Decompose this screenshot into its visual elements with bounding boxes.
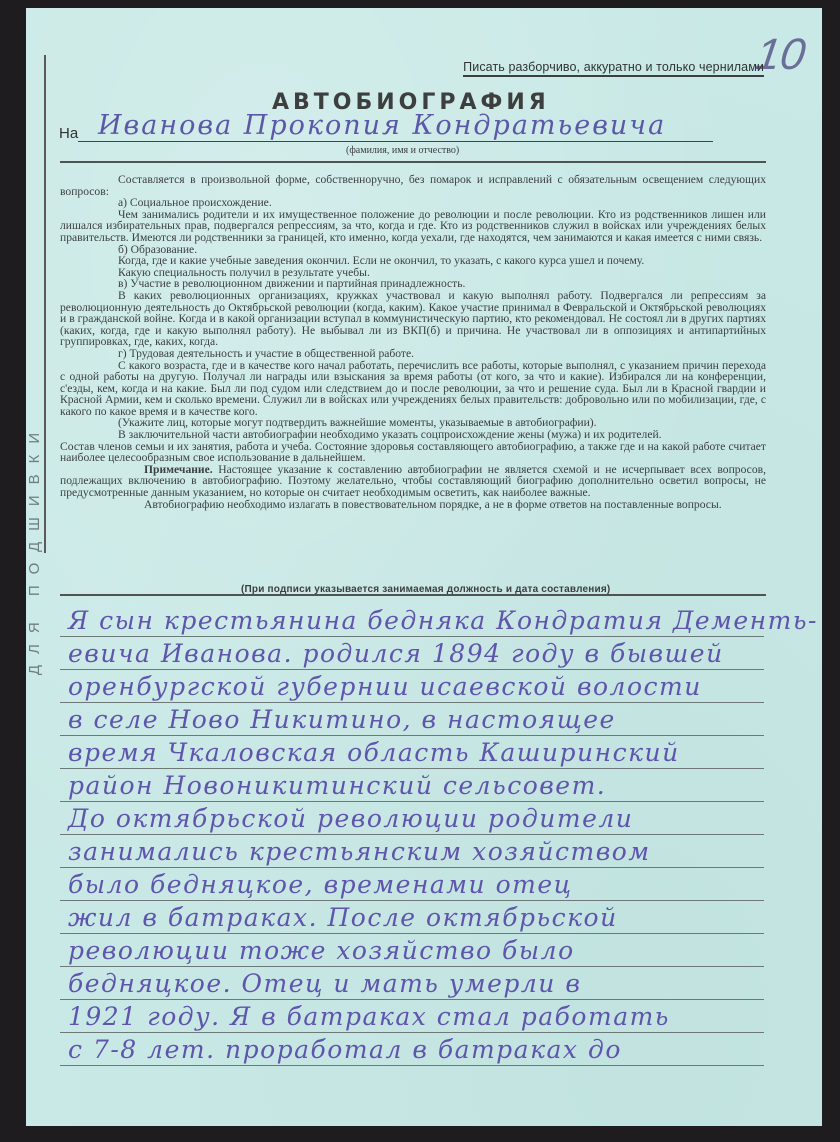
ruled-line: революции тоже хозяйство было <box>60 934 764 967</box>
handwritten-line: район Новоникитинский сельсовет. <box>68 771 606 801</box>
handwritten-line: в селе Ново Никитино, в настоящее <box>68 705 616 735</box>
header-divider <box>60 161 766 163</box>
name-underline <box>78 141 713 142</box>
final-part-1: В заключительной части автобиографии нео… <box>60 429 766 441</box>
note-paragraph: Примечание. Настоящее указание к составл… <box>60 464 766 499</box>
ruled-line: район Новоникитинский сельсовет. <box>60 769 764 802</box>
section-b-text-1: Когда, где и какие учебные заведения око… <box>60 255 766 267</box>
ruled-line: бедняцкое. Отец и мать умерли в <box>60 967 764 1000</box>
signature-divider <box>60 594 766 596</box>
ruled-line: оренбургской губернии исаевской волости <box>60 670 764 703</box>
handwritten-line: занимались крестьянским хозяйством <box>68 837 651 867</box>
section-a-text: Чем занимались родители и их имущественн… <box>60 209 766 244</box>
handwritten-line: 1921 году. Я в батраках стал работать <box>68 1002 670 1032</box>
name-label: На <box>59 125 78 142</box>
handwritten-line: с 7-8 лет. проработал в батраках до <box>68 1035 622 1065</box>
ruled-line: жил в батраках. После октябрьской <box>60 901 764 934</box>
section-g-heading: г) Трудовая деятельность и участие в общ… <box>60 348 766 360</box>
ruled-line: евича Иванова. родился 1894 году в бывше… <box>60 637 764 670</box>
section-g-text: С какого возраста, где и в качестве кого… <box>60 360 766 418</box>
handwritten-line: Я сын крестьянина бедняка Кондратия Деме… <box>68 606 818 636</box>
ruled-line: с 7-8 лет. проработал в батраках до <box>60 1033 764 1066</box>
handwritten-line: жил в батраках. После октябрьской <box>68 903 618 933</box>
handwritten-line: время Чкаловская область Каширинский <box>68 738 680 768</box>
handwritten-line: было бедняцкое, временами отец <box>68 870 573 900</box>
handwritten-line: До октябрьской революции родители <box>68 804 633 834</box>
section-v-text: В каких революционных организациях, круж… <box>60 290 766 348</box>
narrative-instruction: Автобиографию необходимо излагать в пове… <box>60 499 766 511</box>
handwritten-line: евича Иванова. родился 1894 году в бывше… <box>68 639 724 669</box>
name-field-handwritten: Иванова Прокопия Кондратьевича <box>98 110 666 141</box>
autobiography-form: ДЛЯ ПОДШИВКИ 10 Писать разборчиво, аккур… <box>26 8 822 1126</box>
ruled-line: До октябрьской революции родители <box>60 802 764 835</box>
margin-label-text: ДЛЯ ПОДШИВКИ <box>27 421 44 674</box>
name-caption: (фамилия, имя и отчество) <box>346 145 459 156</box>
instructions-intro: Составляется в произвольной форме, собст… <box>60 174 766 197</box>
handwritten-body: Я сын крестьянина бедняка Кондратия Деме… <box>60 604 800 1066</box>
ruled-line: занимались крестьянским хозяйством <box>60 835 764 868</box>
final-part-2: Состав членов семьи и их занятия, работа… <box>60 441 766 464</box>
ruled-line: 1921 году. Я в батраках стал работать <box>60 1000 764 1033</box>
instructions-block: Составляется в произвольной форме, собст… <box>60 174 766 510</box>
handwritten-line: бедняцкое. Отец и мать умерли в <box>68 969 581 999</box>
handwritten-line: революции тоже хозяйство было <box>68 936 575 966</box>
ruled-line: в селе Ново Никитино, в настоящее <box>60 703 764 736</box>
ruled-line: Я сын крестьянина бедняка Кондратия Деме… <box>60 604 764 637</box>
binding-margin-label: ДЛЯ ПОДШИВКИ <box>24 388 46 708</box>
ruled-line: было бедняцкое, временами отец <box>60 868 764 901</box>
write-hint: Писать разборчиво, аккуратно и только че… <box>463 60 764 77</box>
ruled-line: время Чкаловская область Каширинский <box>60 736 764 769</box>
handwritten-line: оренбургской губернии исаевской волости <box>68 672 702 702</box>
